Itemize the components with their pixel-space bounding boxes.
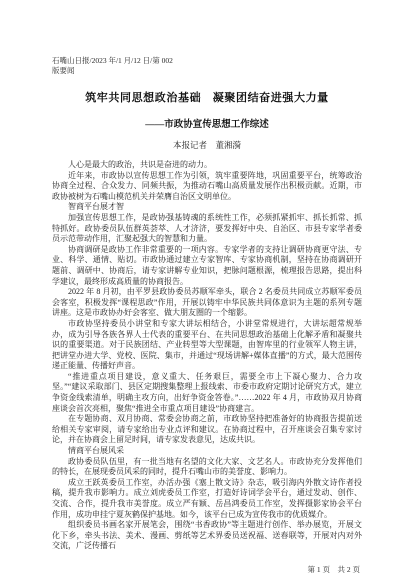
masthead: 石嘴山日报/2023 年/1 月/12 日/第 002 版要闻: [52, 56, 362, 76]
paragraph: 加强宣传思想工作，是政协强基铸魂的系统性工作，必须抓紧抓牢、抓长抓常、抓特抓好。…: [52, 213, 362, 245]
paragraph: 2022 年 8 月初，由平罗县政协委员苏顺军牵头，联合 2 名委员共同成立苏顺…: [52, 287, 362, 319]
paragraph: 政协委员队伍里，有一批当地有名望的文化大家、文艺名人。市政协充分发挥他们的特长，…: [52, 457, 362, 478]
paragraph: 成立王跃英委员工作室，办活办强《塞上散文诗》杂志，吸引海内外散文诗作者投稿，提升…: [52, 478, 362, 520]
paragraph: 组织委员书画名家开展笔会，围绕“书香政协”等主题进行创作、举办展览，开展文化下乡…: [52, 520, 362, 552]
newspaper-article-page: 石嘴山日报/2023 年/1 月/12 日/第 002 版要闻 筑牢共同思想政治…: [0, 0, 410, 580]
paragraph: 协商调研是政协工作非常重要的一项内容。专家学者的支持让调研协商更守法、专业、科学…: [52, 245, 362, 287]
section-heading: 智商平台展才智: [52, 202, 362, 213]
paragraph: 近年来，市政协以宣传思想工作为引领，筑牢重要阵地，巩固重要平台，统筹政治协商全过…: [52, 171, 362, 203]
paragraph: “推进重点项目建设，意义重大、任务艰巨，需要全市上下凝心聚力、合力攻坚。”“建议…: [52, 372, 362, 414]
paragraph: 人心是最大的政治，共识是奋进的动力。: [52, 160, 362, 171]
paragraph: 在专题协商、双月协商、常委会协商之前，市政协坚持把准备好的协商报告提前送给相关专…: [52, 414, 362, 446]
masthead-line-1: 石嘴山日报/2023 年/1 月/12 日/第 002: [52, 56, 362, 66]
article-title: 筑牢共同思想政治基础 凝聚团结奋进强大力量: [52, 89, 362, 105]
byline: 本报记者 董湘漪: [52, 139, 362, 151]
article-body: 人心是最大的政治，共识是奋进的动力。 近年来，市政协以宣传思想工作为引领，筑牢重…: [52, 160, 362, 552]
article-subtitle: ——市政协宣传思想工作综述: [52, 116, 362, 130]
masthead-line-2: 版要闻: [52, 66, 362, 76]
section-heading: 情商平台展风采: [52, 446, 362, 457]
paragraph: 市政协坚持委员小讲堂和专家大讲坛相结合，小讲堂常规进行，大讲坛超常规举办，成为引…: [52, 319, 362, 372]
page-number: 第 1 页 共 2 页: [52, 564, 362, 575]
